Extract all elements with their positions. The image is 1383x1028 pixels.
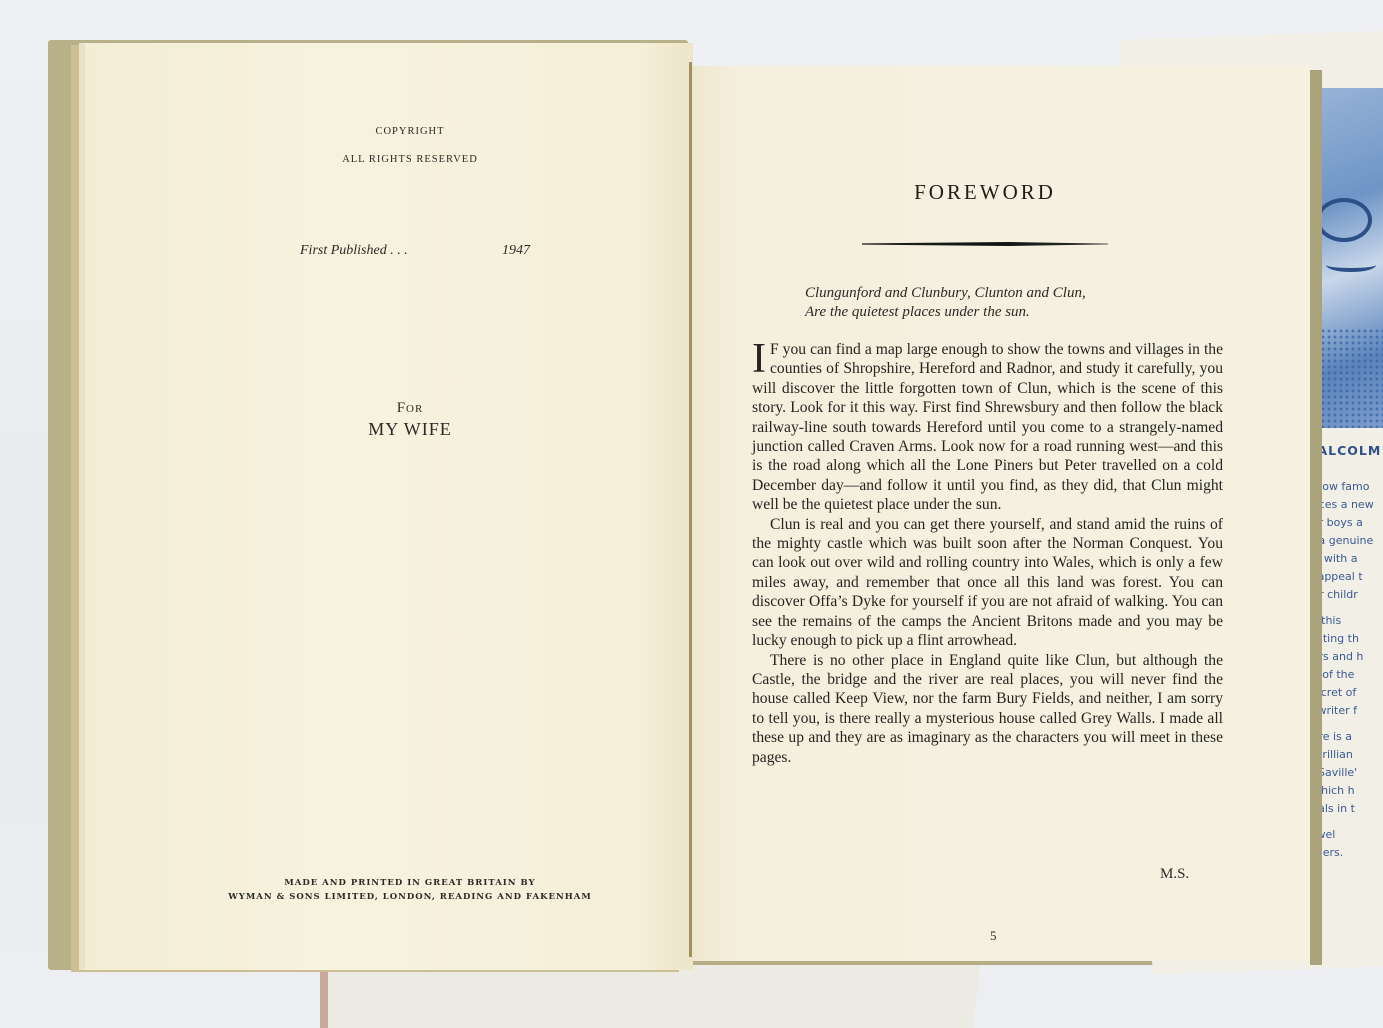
paragraph-2: Clun is real and you can get there yours…: [752, 515, 1223, 651]
copyright-block: COPYRIGHT ALL RIGHTS RESERVED: [300, 118, 520, 174]
printer-line-2: WYMAN & SONS LIMITED, LONDON, READING AN…: [200, 890, 620, 904]
first-published: First Published . . . 1947: [300, 243, 530, 259]
left-page: [85, 43, 693, 970]
book-gutter: [689, 62, 692, 957]
dust-jacket-bottom: [323, 965, 980, 1028]
author-initials: M.S.: [1160, 866, 1189, 883]
printer-imprint: MADE AND PRINTED IN GREAT BRITAIN BY WYM…: [200, 876, 620, 904]
page-title: FOREWORD: [860, 180, 1110, 205]
verse-line-2: Are the quietest places under the sun.: [805, 303, 1205, 322]
epigraph-verse: Clungunford and Clunbury, Clunton and Cl…: [805, 284, 1205, 322]
page-number: 5: [990, 928, 997, 944]
page-edge-shadow: [1310, 70, 1322, 965]
drop-cap: I: [752, 342, 766, 376]
dust-jacket-spine-edge: [320, 968, 328, 1028]
glasses-shape: [1316, 198, 1372, 242]
dedication: For MY WIFE: [320, 400, 500, 440]
foreword-body: IF you can find a map large enough to sh…: [752, 340, 1223, 767]
printer-line-1: MADE AND PRINTED IN GREAT BRITAIN BY: [200, 876, 620, 890]
verse-line-1: Clungunford and Clunbury, Clunton and Cl…: [805, 284, 1205, 303]
smile-shape: [1326, 258, 1376, 272]
first-published-label: First Published . . .: [300, 243, 408, 258]
first-published-year: 1947: [502, 243, 530, 259]
dedication-for: For: [320, 400, 500, 417]
rights-reserved: ALL RIGHTS RESERVED: [300, 146, 520, 174]
copyright-label: COPYRIGHT: [300, 118, 520, 146]
paragraph-3: There is no other place in England quite…: [752, 651, 1223, 767]
paragraph-1: IF you can find a map large enough to sh…: [752, 340, 1223, 515]
dedication-to: MY WIFE: [320, 419, 500, 440]
